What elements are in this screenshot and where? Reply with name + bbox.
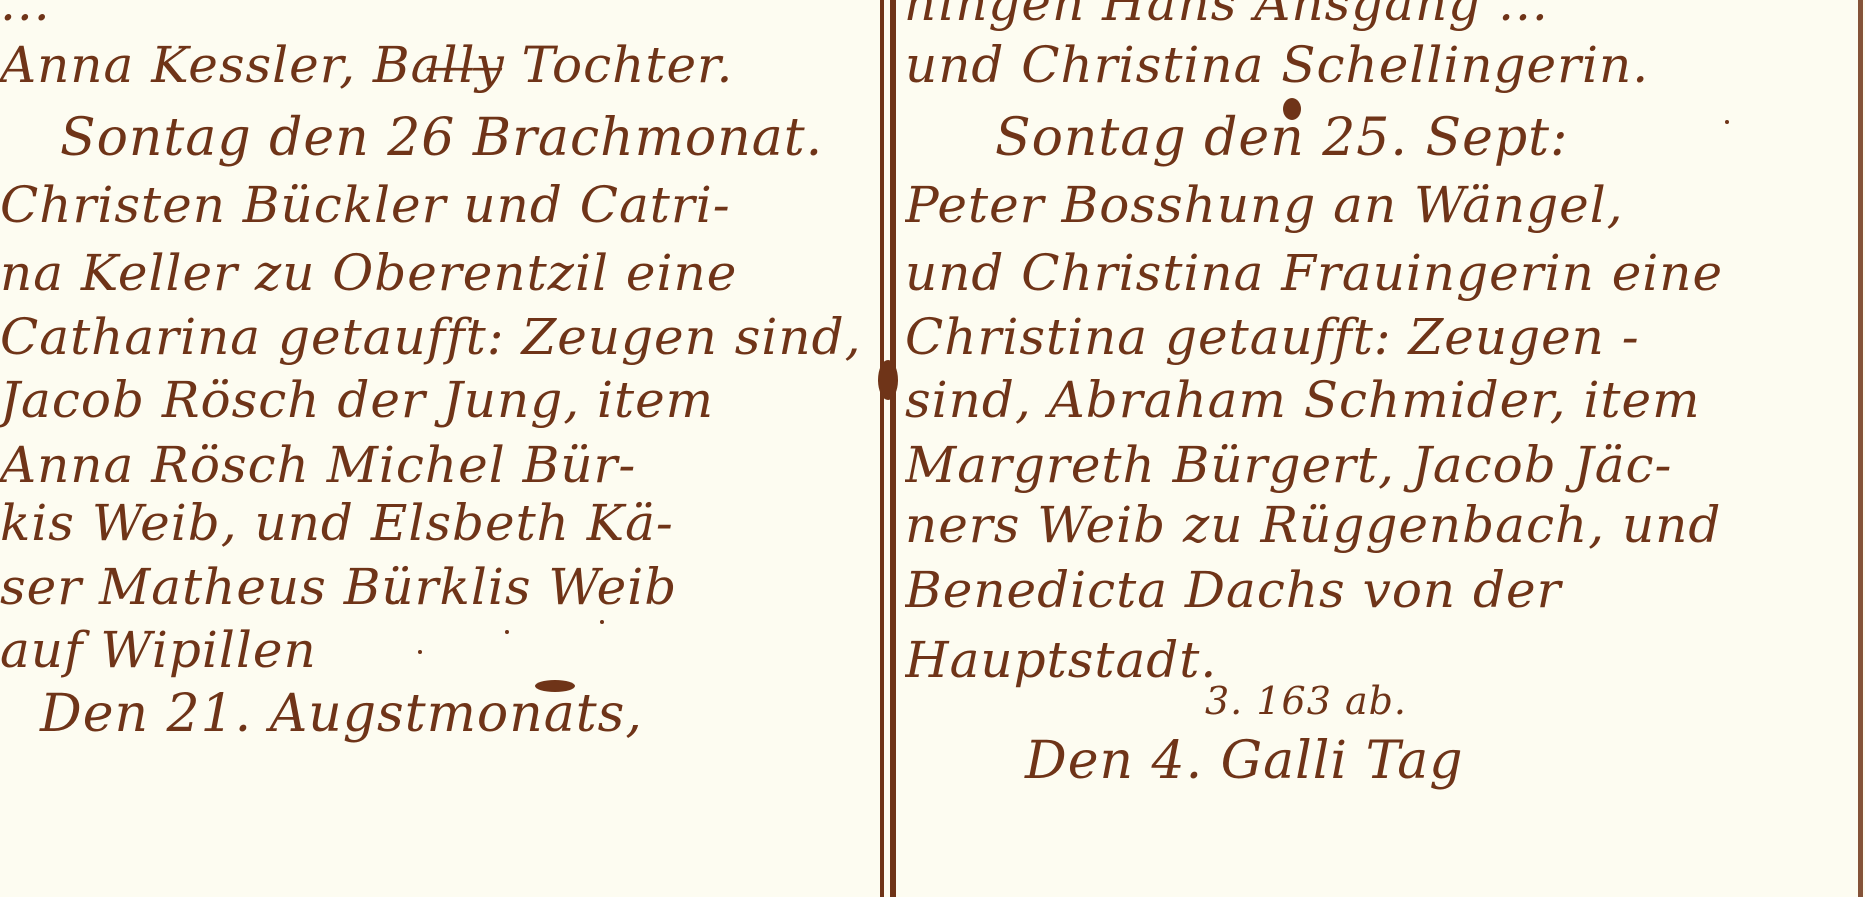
right-margin-note: 3. 163 ab. (1205, 682, 1407, 720)
gutter-rule (880, 0, 884, 897)
right-line-9: Benedicta Dachs von der (905, 565, 1562, 615)
right-line-1: und Christina Schellingerin. (905, 40, 1649, 90)
gutter-rule (890, 0, 896, 897)
left-line-3: Christen Bückler und Catri- (0, 180, 731, 230)
right-entry-date-heading-2: Den 4. Galli Tag (1025, 735, 1464, 787)
left-line-6: Jacob Rösch der Jung, item (0, 375, 714, 425)
right-line-4: und Christina Frauingerin eine (905, 248, 1723, 298)
gutter-binding-mark (878, 360, 898, 400)
left-line-9: ser Matheus Bürklis Weib (0, 562, 677, 612)
left-page: ... Anna Kessler, Bal̶l̶y̶ Tochter. Sont… (0, 0, 880, 897)
right-line-3: Peter Bosshung an Wängel, (905, 180, 1624, 230)
ink-blot (1283, 98, 1301, 120)
left-line-0: ... (0, 0, 51, 28)
right-entry-date-heading: Sontag den 25. Sept: (995, 112, 1569, 164)
left-line-7: Anna Rösch Michel Bür- (0, 440, 636, 490)
right-line-5: Christina getaufft: Zeugen - (905, 312, 1640, 362)
left-line-1: Anna Kessler, Bal̶l̶y̶ Tochter. (0, 40, 733, 90)
right-page-edge (1858, 0, 1863, 897)
left-entry-date-heading-2: Den 21. Augstmonats, (40, 688, 643, 740)
left-line-8: kis Weib, und Elsbeth Kä- (0, 498, 674, 548)
ink-blot (535, 680, 575, 692)
right-line-10: Hauptstadt. (905, 635, 1217, 685)
right-line-6: sind, Abraham Schmider, item (905, 375, 1701, 425)
left-entry-date-heading: Sontag den 26 Brachmonat. (60, 112, 823, 164)
right-line-8: ners Weib zu Rüggenbach, und (905, 500, 1721, 550)
ink-speck (395, 600, 399, 604)
ink-speck (505, 630, 509, 634)
left-line-4: na Keller zu Oberentzil eine (0, 248, 737, 298)
ink-speck (1495, 330, 1499, 334)
right-line-0: hingen Hans Ansgang ... (905, 0, 1549, 28)
page-gutter (878, 0, 902, 897)
right-line-7: Margreth Bürgert, Jacob Jäc- (905, 440, 1672, 490)
ink-speck (418, 650, 422, 654)
right-page: hingen Hans Ansgang ... und Christina Sc… (905, 0, 1860, 897)
left-line-10: auf Wipillen (0, 625, 317, 675)
left-line-5: Catharina getaufft: Zeugen sind, (0, 312, 862, 362)
ink-speck (1725, 120, 1729, 124)
ink-speck (600, 620, 604, 624)
